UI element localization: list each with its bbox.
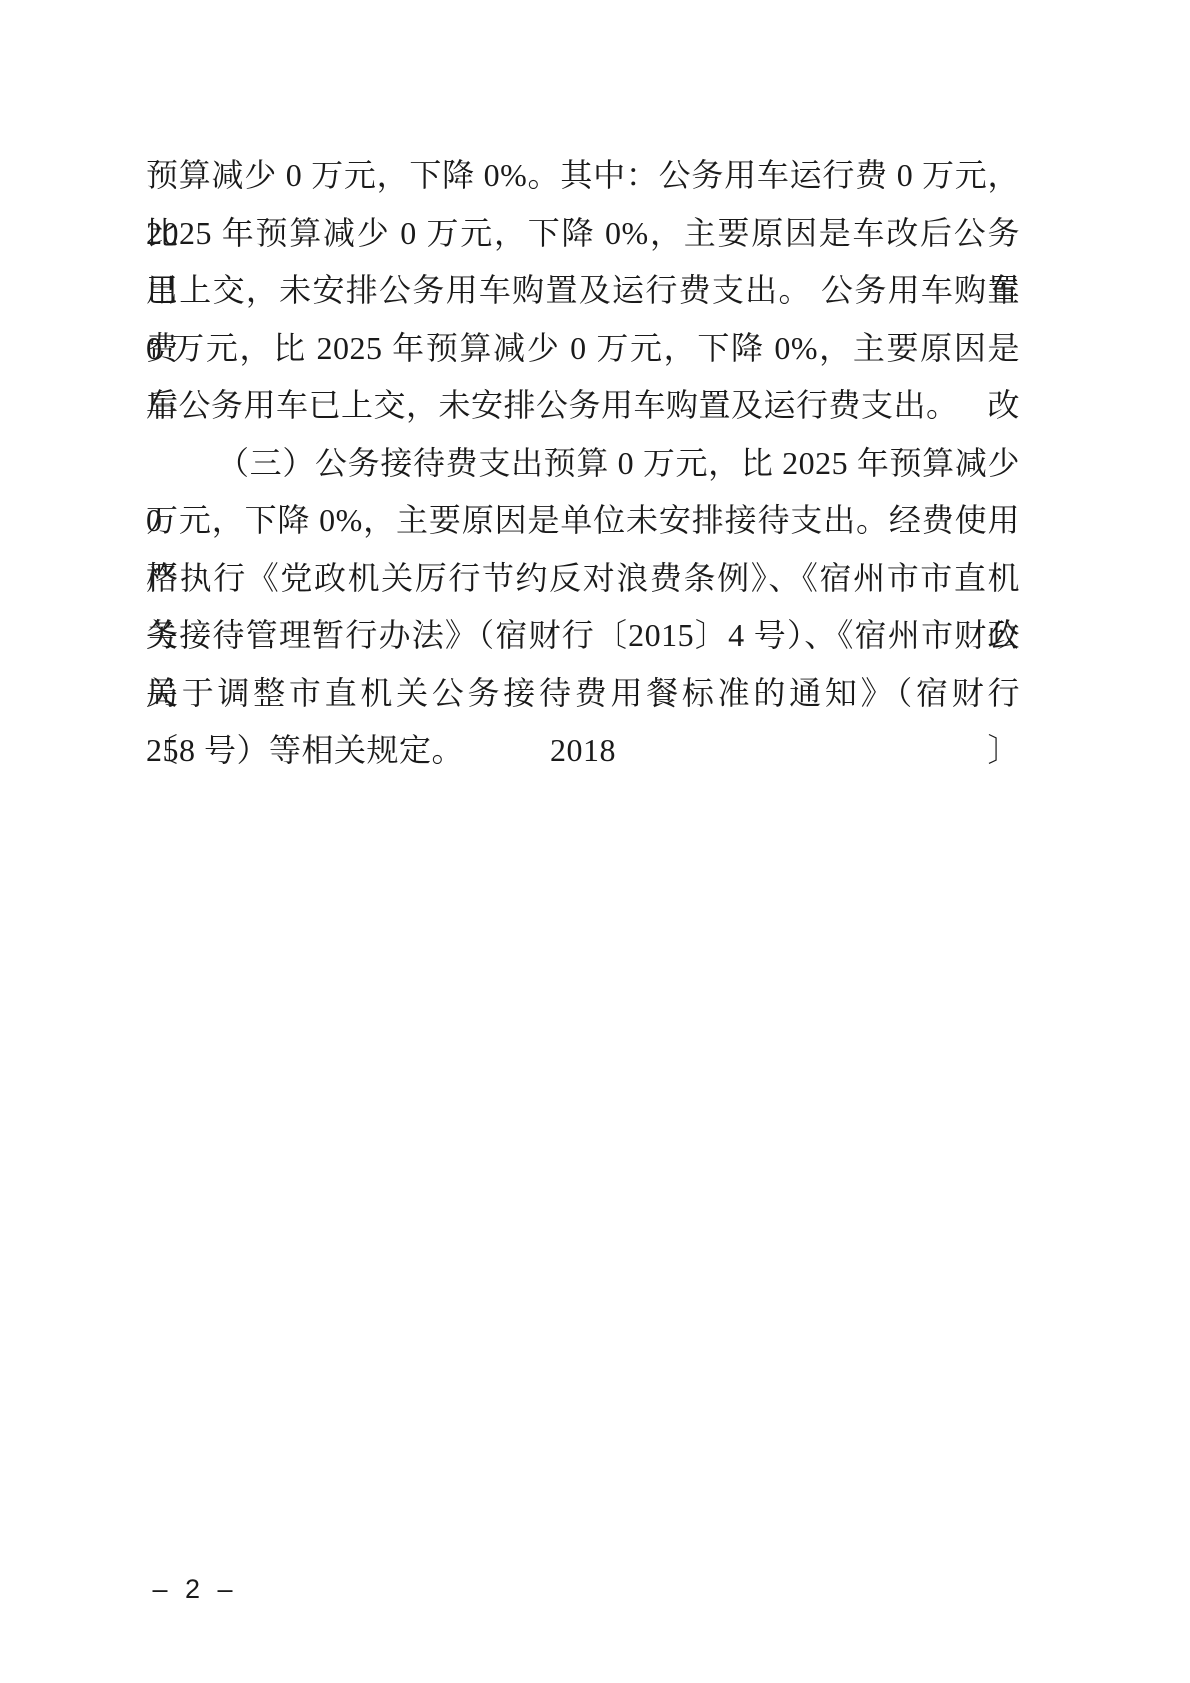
body-line: 后公务用车已上交，未安排公务用车购置及运行费支出。	[146, 377, 1020, 435]
body-line: 关于调整市直机关公务接待费用餐标准的通知》（宿财行〔2018〕	[146, 665, 1020, 723]
body-text: 预算减少 0 万元，下降 0%。其中：公务用车运行费 0 万元，比 2025 年…	[146, 147, 1020, 780]
body-line: 2025 年预算减少 0 万元，下降 0%，主要原因是车改后公务用车	[146, 205, 1020, 263]
document-page: 预算减少 0 万元，下降 0%。其中：公务用车运行费 0 万元，比 2025 年…	[0, 0, 1190, 1683]
page-number: – 2 –	[140, 1572, 250, 1606]
body-line: 万元，下降 0%，主要原因是单位未安排接待支出。经费使用严	[146, 492, 1020, 550]
body-line: 预算减少 0 万元，下降 0%。其中：公务用车运行费 0 万元，比	[146, 147, 1020, 205]
body-line-paragraph-start: （三）公务接待费支出预算 0 万元，比 2025 年预算减少 0	[146, 435, 1020, 493]
body-line: 0 万元，比 2025 年预算减少 0 万元，下降 0%，主要原因是车改	[146, 320, 1020, 378]
body-line: 务接待管理暂行办法》（宿财行〔2015〕4 号）、《宿州市财政局	[146, 607, 1020, 665]
body-line: 格执行《党政机关厉行节约反对浪费条例》、《宿州市市直机关公	[146, 550, 1020, 608]
body-line: 已上交，未安排公务用车购置及运行费支出。 公务用车购置费	[146, 262, 1020, 320]
